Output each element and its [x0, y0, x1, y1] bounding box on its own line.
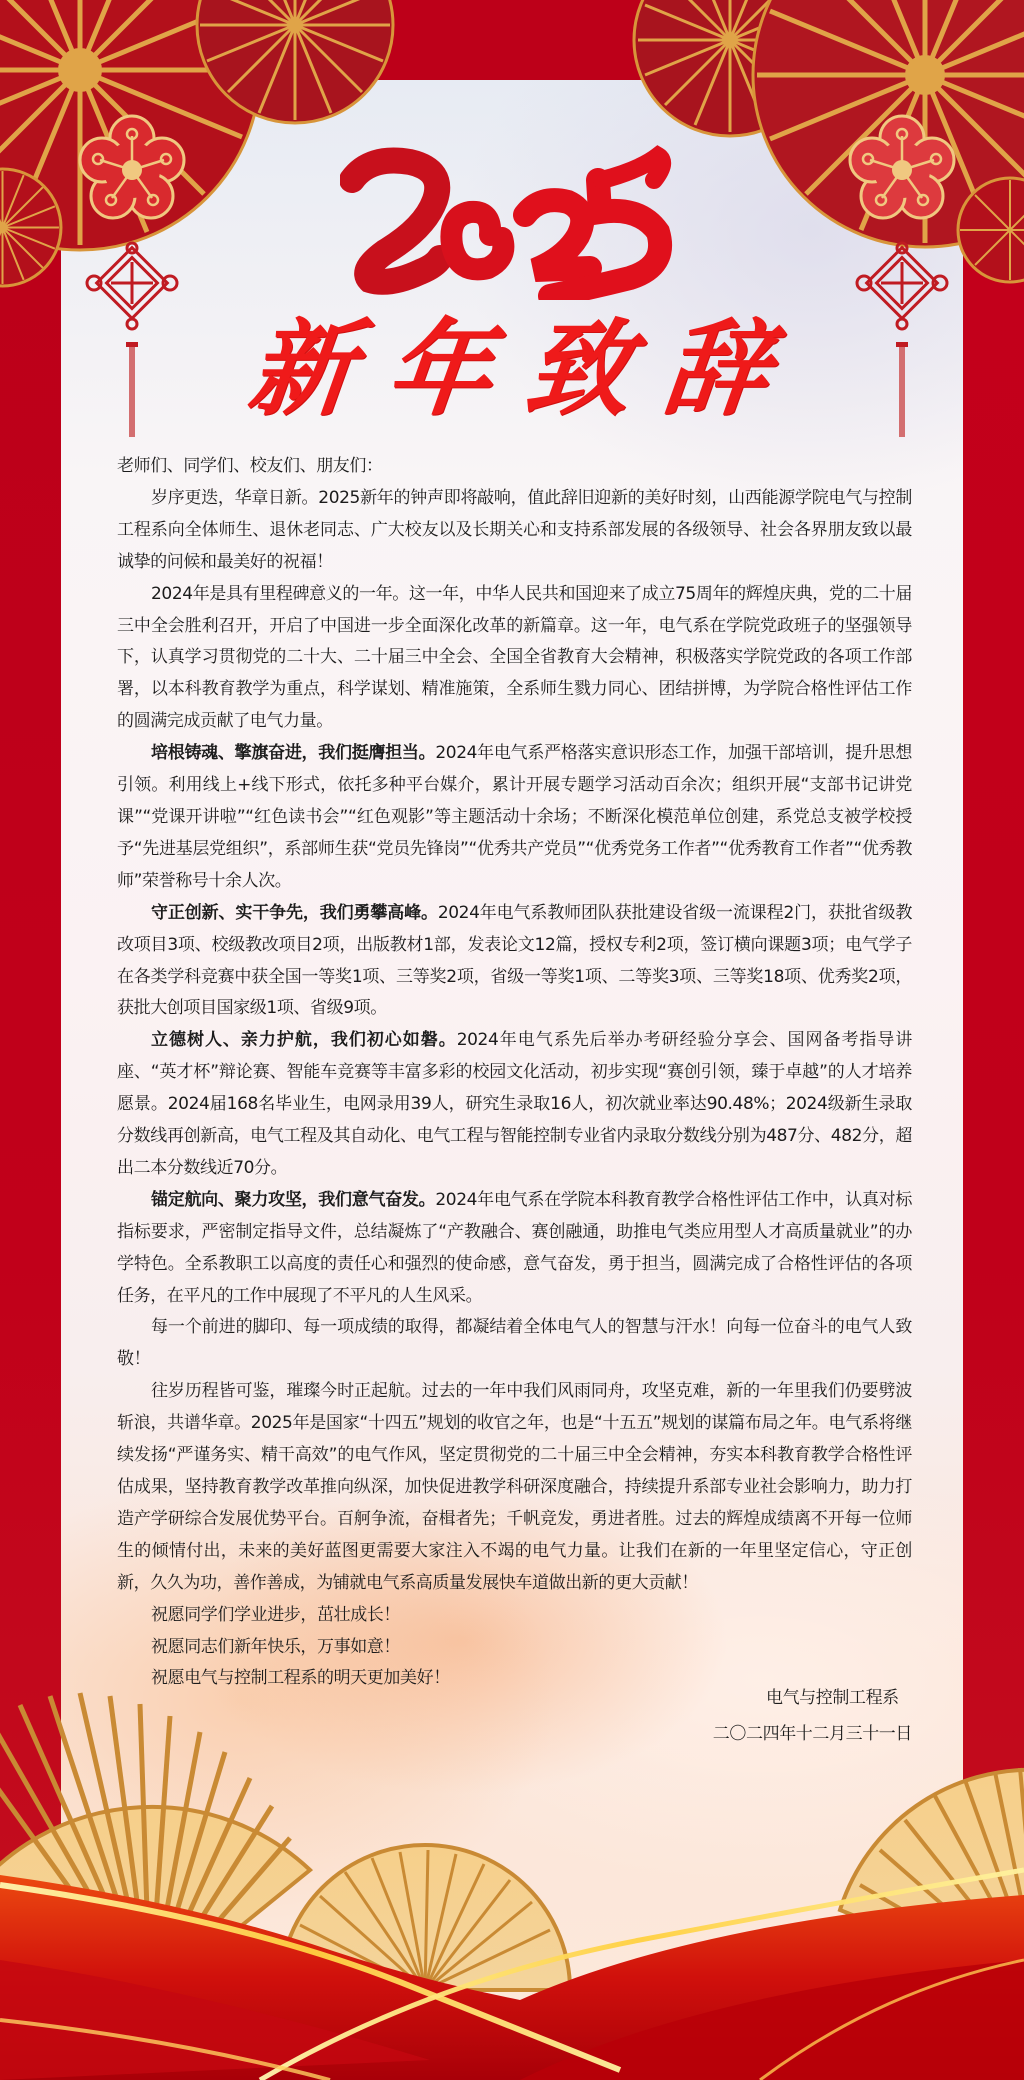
signature-department: 电气与控制工程系: [713, 1680, 912, 1716]
plum-blossom-icon: [72, 110, 192, 230]
signature-date: 二〇二四年十二月三十一日: [713, 1716, 912, 1752]
paragraph: 守正创新、实干争先，我们勇攀高峰。2024年电气系教师团队获批建设省级一流课程2…: [117, 898, 912, 1026]
wish-line: 祝愿同学们学业进步，茁壮成长！: [117, 1600, 912, 1632]
paragraph: 岁序更迭，华章日新。2025新年的钟声即将敲响，值此辞旧迎新的美好时刻，山西能源…: [117, 483, 912, 579]
chinese-knot-icon: [850, 238, 954, 447]
year-2025-snake-logo: [340, 140, 680, 300]
paragraph-lead: 立德树人、亲力护航，我们初心如磐。: [151, 1030, 457, 1050]
frame-right-border: [963, 0, 1024, 2080]
paragraph: 每一个前进的脚印、每一项成绩的取得，都凝结着全体电气人的智慧与汗水！向每一位奋斗…: [117, 1312, 912, 1376]
paragraph-text: 每一个前进的脚印、每一项成绩的取得，都凝结着全体电气人的智慧与汗水！向每一位奋斗…: [117, 1317, 912, 1369]
plum-blossom-icon: [842, 110, 962, 230]
paragraph: 锚定航向、聚力攻坚，我们意气奋发。2024年电气系在学院本科教育教学合格性评估工…: [117, 1185, 912, 1313]
chrysanthemum-medallion-icon: [195, 0, 395, 140]
paragraph-text: 2024年电气系先后举办考研经验分享会、国网备考指导讲座、“英才杯”辩论赛、智能…: [117, 1030, 912, 1178]
paragraph: 往岁历程皆可鉴，璀璨今时正起航。过去的一年中我们风雨同舟，攻坚克难，新的一年里我…: [117, 1376, 912, 1599]
snake-icon: [340, 140, 680, 300]
chrysanthemum-medallion-icon: [0, 165, 65, 290]
paragraph: 培根铸魂、擎旗奋进，我们挺膺担当。2024年电气系严格落实意识形态工作，加强干部…: [117, 738, 912, 898]
paragraph-text: 往岁历程皆可鉴，璀璨今时正起航。过去的一年中我们风雨同舟，攻坚克难，新的一年里我…: [117, 1381, 912, 1592]
title-char: 辞: [647, 285, 788, 435]
paragraph-lead: 锚定航向、聚力攻坚，我们意气奋发。: [151, 1190, 435, 1210]
paragraph-text: 2024年是具有里程碑意义的一年。这一年，中华人民共和国迎来了成立75周年的辉煌…: [117, 584, 912, 732]
chrysanthemum-medallion-icon: [955, 175, 1024, 285]
title-char: 新: [232, 285, 373, 435]
paragraph-text: 岁序更迭，华章日新。2025新年的钟声即将敲响，值此辞旧迎新的美好时刻，山西能源…: [117, 488, 912, 572]
paragraph-lead: 培根铸魂、擎旗奋进，我们挺膺担当。: [151, 743, 435, 763]
title-char: 致: [509, 285, 650, 435]
wish-line: 祝愿同志们新年快乐，万事如意！: [117, 1632, 912, 1664]
frame-left-border: [0, 0, 61, 2080]
signature-block: 电气与控制工程系 二〇二四年十二月三十一日: [713, 1680, 912, 1752]
paragraph: 2024年是具有里程碑意义的一年。这一年，中华人民共和国迎来了成立75周年的辉煌…: [117, 579, 912, 739]
paragraph: 立德树人、亲力护航，我们初心如磐。2024年电气系先后举办考研经验分享会、国网备…: [117, 1025, 912, 1185]
poster-title: 新 年 致 辞: [240, 290, 780, 430]
paragraph-text: 2024年电气系严格落实意识形态工作，加强干部培训，提升思想引领。利用线上+线下…: [117, 743, 912, 891]
salutation: 老师们、同学们、校友们、朋友们：: [117, 451, 912, 483]
paragraph-lead: 守正创新、实干争先，我们勇攀高峰。: [151, 903, 438, 923]
title-char: 年: [370, 285, 511, 435]
chinese-knot-icon: [80, 238, 184, 447]
letter-body: 老师们、同学们、校友们、朋友们： 岁序更迭，华章日新。2025新年的钟声即将敲响…: [117, 451, 912, 1695]
